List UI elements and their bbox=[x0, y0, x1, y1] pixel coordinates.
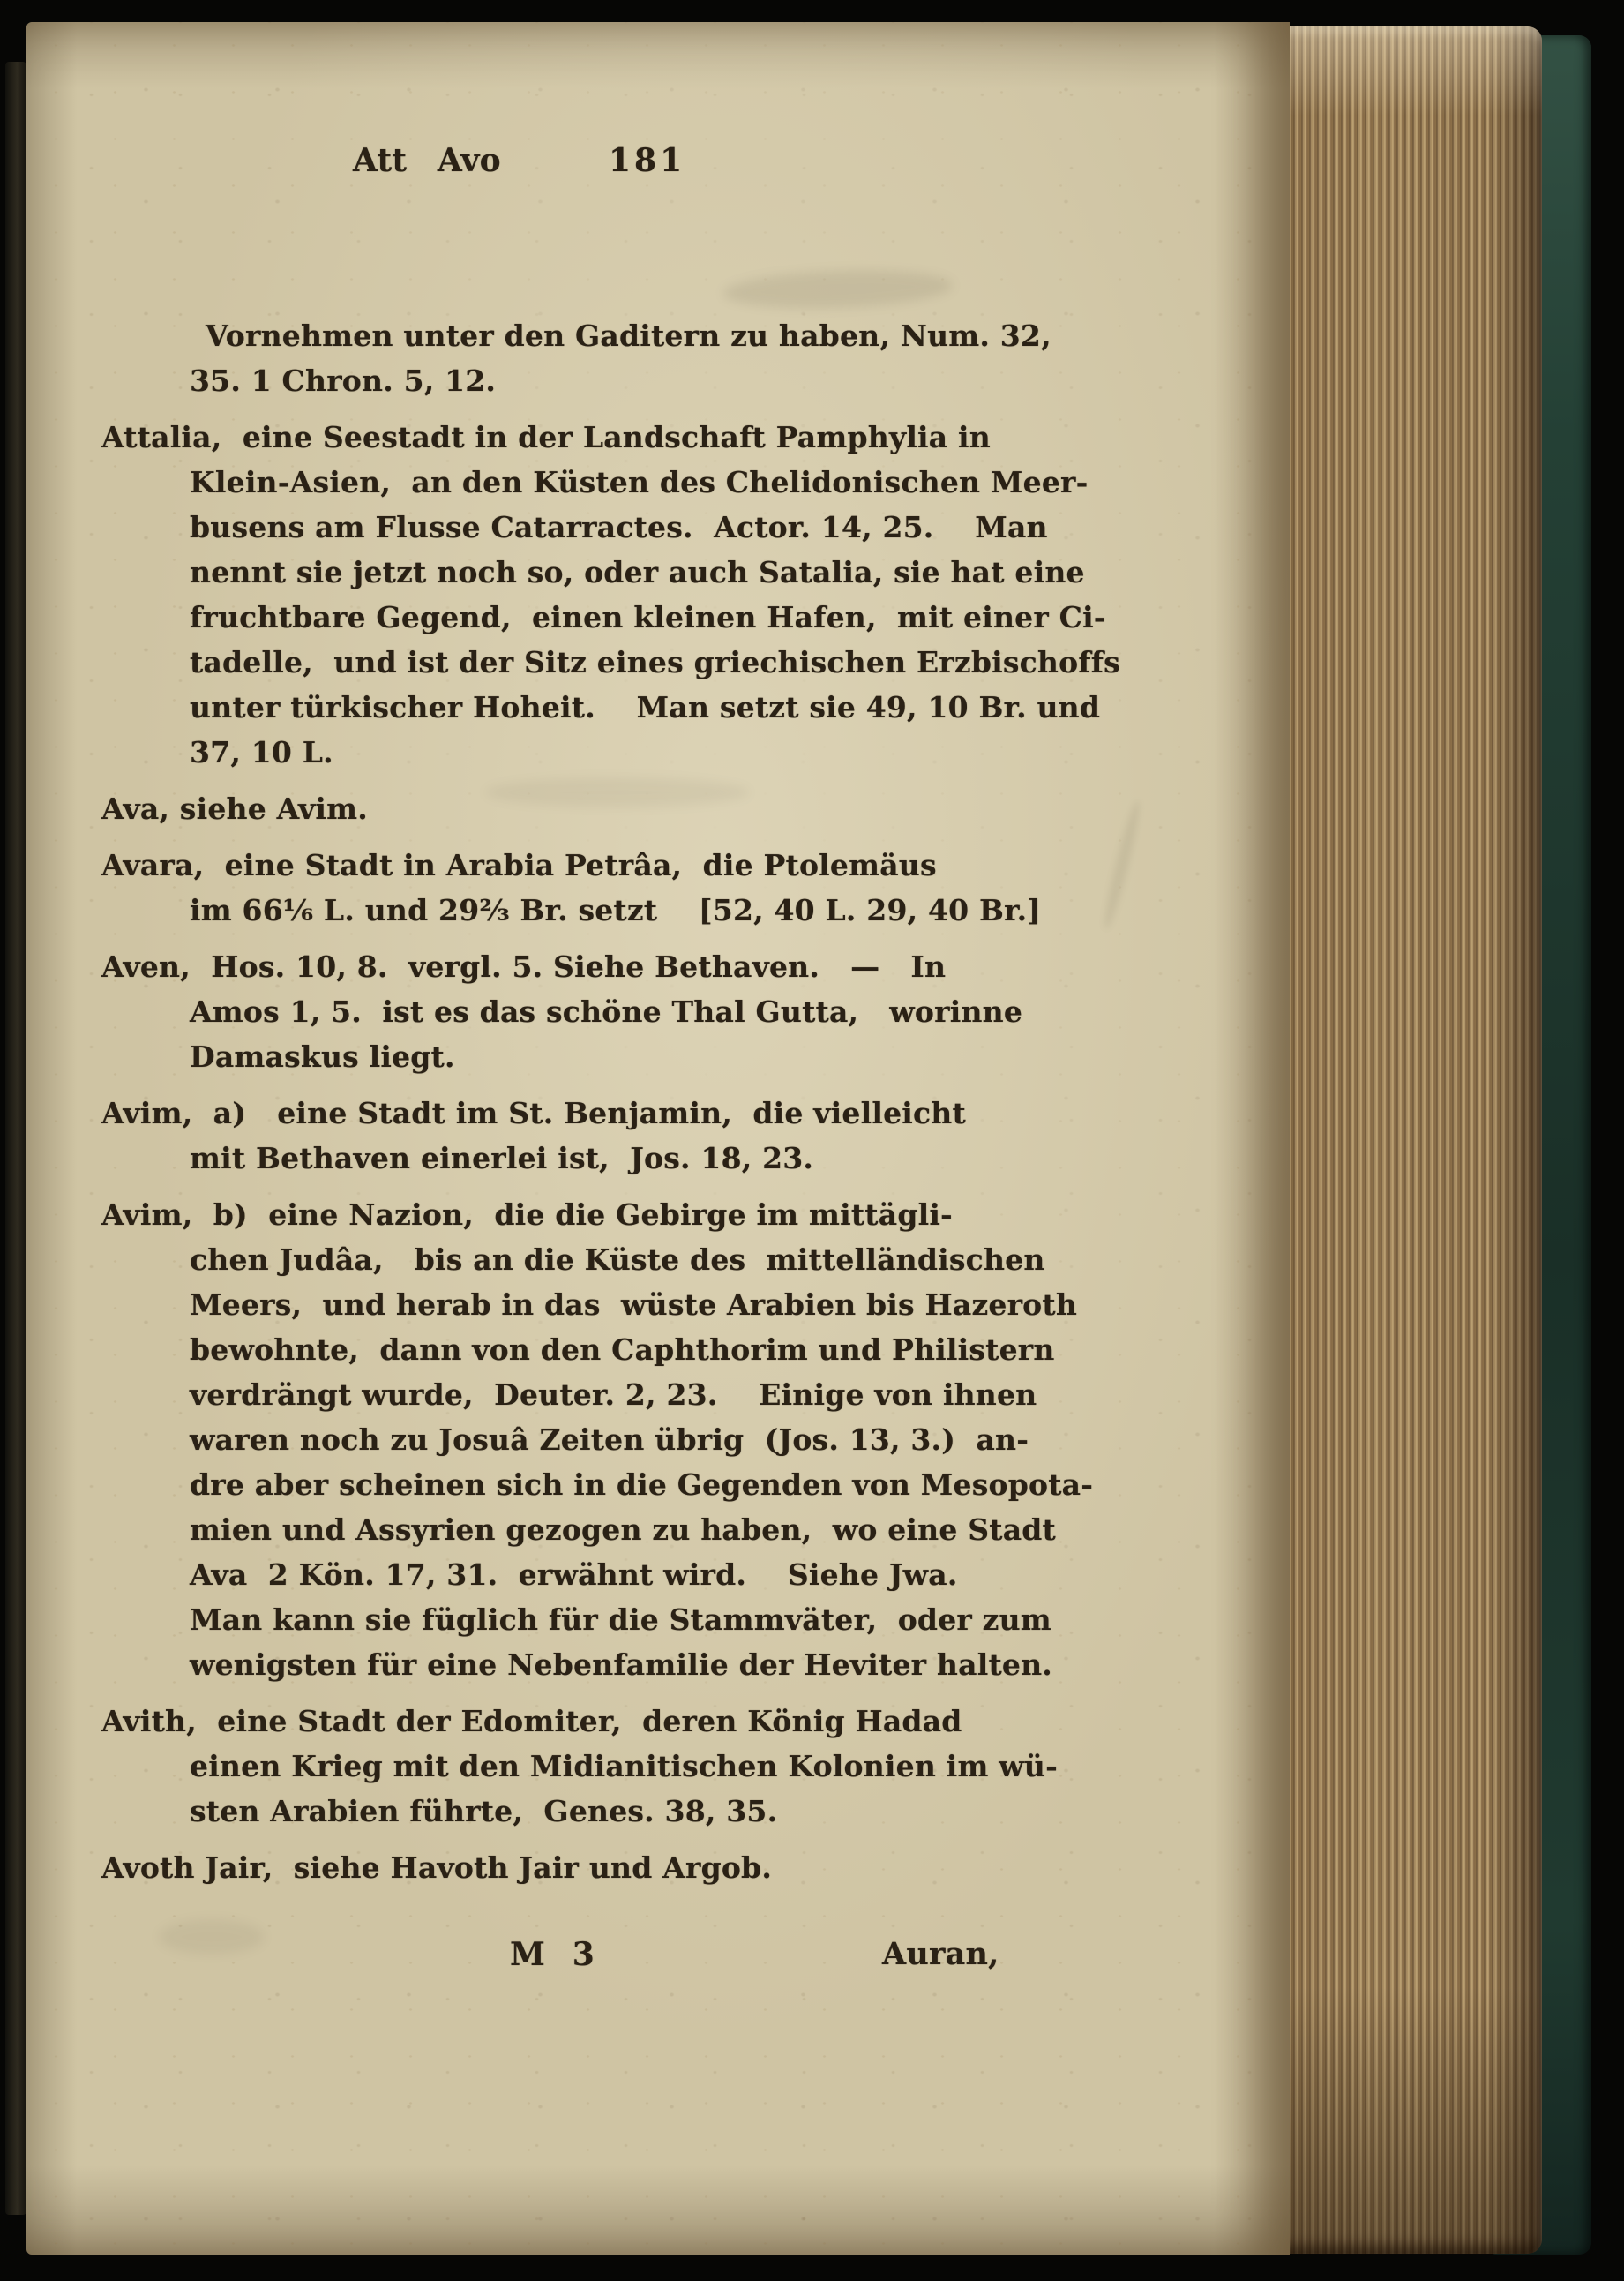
text-line: Aven, Hos. 10, 8. vergl. 5. Siehe Bethav… bbox=[101, 944, 1103, 989]
dictionary-entry: Attalia, eine Seestadt in der Landschaft… bbox=[101, 415, 1103, 775]
text-line: sten Arabien führte, Genes. 38, 35. bbox=[101, 1789, 1103, 1834]
text-line: Vornehmen unter den Gaditern zu haben, N… bbox=[101, 313, 1103, 358]
text-line: Ava, siehe Avim. bbox=[101, 786, 1103, 831]
entries: Vornehmen unter den Gaditern zu haben, N… bbox=[101, 313, 1103, 1890]
text-line: einen Krieg mit den Midianitischen Kolon… bbox=[101, 1744, 1103, 1789]
text-line: Klein-Asien, an den Küsten des Chelidoni… bbox=[101, 460, 1103, 505]
text-line: Avim, a) eine Stadt im St. Benjamin, die… bbox=[101, 1091, 1103, 1136]
text-line: 37, 10 L. bbox=[101, 730, 1103, 775]
text-line: Avim, b) eine Nazion, die die Gebirge im… bbox=[101, 1192, 1103, 1237]
running-head-keywords: Att Avo bbox=[353, 137, 501, 184]
text-line: im 66⅙ L. und 29⅔ Br. setzt [52, 40 L. 2… bbox=[101, 888, 1103, 933]
text-line: dre aber scheinen sich in die Gegenden v… bbox=[101, 1462, 1103, 1507]
page-number: 181 bbox=[609, 137, 685, 184]
text-line: Man kann sie füglich für die Stammväter,… bbox=[101, 1597, 1103, 1642]
scanned-book-page: Att Avo 181 Vornehmen unter den Gaditern… bbox=[26, 22, 1290, 2255]
text-line: Ava 2 Kön. 17, 31. erwähnt wird. Siehe J… bbox=[101, 1552, 1103, 1597]
text-line: Avoth Jair, siehe Havoth Jair und Argob. bbox=[101, 1845, 1103, 1890]
catchword: Auran, bbox=[882, 1929, 999, 1980]
dictionary-entry: Aven, Hos. 10, 8. vergl. 5. Siehe Bethav… bbox=[101, 944, 1103, 1079]
text-line: Meers, und herab in das wüste Arabien bi… bbox=[101, 1282, 1103, 1327]
text-line: wenigsten für eine Nebenfamilie der Hevi… bbox=[101, 1642, 1103, 1687]
text-line: Avith, eine Stadt der Edomiter, deren Kö… bbox=[101, 1699, 1103, 1744]
text-line: Damaskus liegt. bbox=[101, 1034, 1103, 1079]
text-line: chen Judâa, bis an die Küste des mittell… bbox=[101, 1237, 1103, 1282]
dictionary-entry: Avoth Jair, siehe Havoth Jair und Argob. bbox=[101, 1845, 1103, 1890]
dictionary-entry: Avim, a) eine Stadt im St. Benjamin, die… bbox=[101, 1091, 1103, 1181]
dictionary-entry: Ava, siehe Avim. bbox=[101, 786, 1103, 831]
adjacent-page-edge bbox=[5, 62, 26, 2215]
dictionary-entry: Avara, eine Stadt in Arabia Petrâa, die … bbox=[101, 843, 1103, 933]
page-text-block: Att Avo 181 Vornehmen unter den Gaditern… bbox=[101, 137, 1103, 1980]
text-line: tadelle, und ist der Sitz eines griechis… bbox=[101, 640, 1103, 685]
dictionary-entry: Avith, eine Stadt der Edomiter, deren Kö… bbox=[101, 1699, 1103, 1834]
text-line: Avara, eine Stadt in Arabia Petrâa, die … bbox=[101, 843, 1103, 888]
dictionary-entry: Avim, b) eine Nazion, die die Gebirge im… bbox=[101, 1192, 1103, 1687]
text-line: bewohnte, dann von den Caphthorim und Ph… bbox=[101, 1327, 1103, 1372]
text-line: verdrängt wurde, Deuter. 2, 23. Einige v… bbox=[101, 1372, 1103, 1417]
pencil-mark-smudge bbox=[1100, 799, 1144, 931]
signature-mark: M 3 bbox=[510, 1929, 595, 1980]
text-line: 35. 1 Chron. 5, 12. bbox=[101, 358, 1103, 403]
text-line: waren noch zu Josuâ Zeiten übrig (Jos. 1… bbox=[101, 1417, 1103, 1462]
text-line: Amos 1, 5. ist es das schöne Thal Gutta,… bbox=[101, 989, 1103, 1034]
text-line: unter türkischer Hoheit. Man setzt sie 4… bbox=[101, 685, 1103, 730]
text-line: fruchtbare Gegend, einen kleinen Hafen, … bbox=[101, 595, 1103, 640]
paragraph-continuation: Vornehmen unter den Gaditern zu haben, N… bbox=[101, 313, 1103, 403]
running-head: Att Avo 181 bbox=[101, 137, 1103, 184]
text-line: mien und Assyrien gezogen zu haben, wo e… bbox=[101, 1507, 1103, 1552]
page-footer: M 3 Auran, bbox=[101, 1929, 1103, 1980]
text-line: busens am Flusse Catarractes. Actor. 14,… bbox=[101, 505, 1103, 550]
page-stack-fore-edge bbox=[1272, 26, 1542, 2254]
text-line: mit Bethaven einerlei ist, Jos. 18, 23. bbox=[101, 1136, 1103, 1181]
text-line: Attalia, eine Seestadt in der Landschaft… bbox=[101, 415, 1103, 460]
text-line: nennt sie jetzt noch so, oder auch Satal… bbox=[101, 550, 1103, 595]
